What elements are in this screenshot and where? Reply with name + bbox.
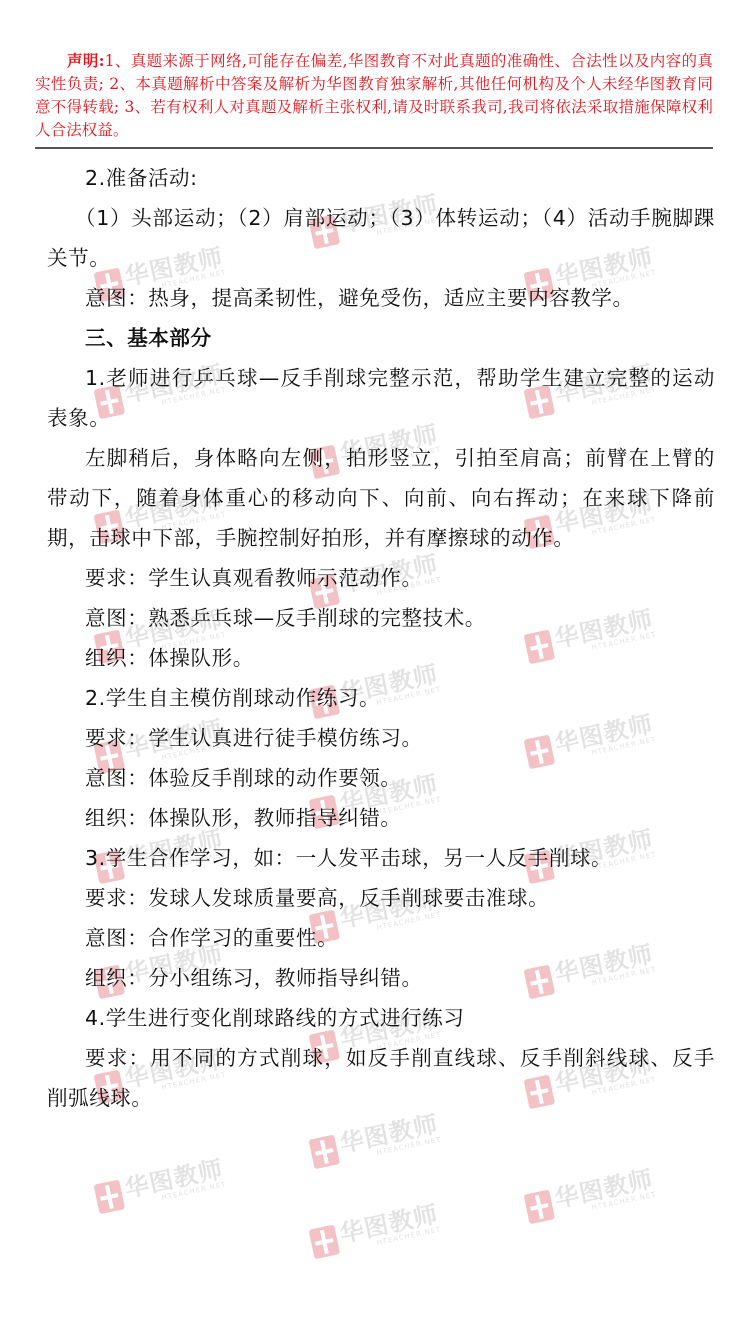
watermark-logo: 华图教师HTEACHER.NET: [522, 1155, 679, 1233]
paragraph-step-1-organization: 组织：体操队形。: [47, 638, 715, 678]
header-divider: [35, 147, 713, 149]
paragraph-warmup-list: （1）头部运动；（2）肩部运动；（3）体转运动；（4）活动手腕脚踝关节。: [47, 198, 715, 278]
paragraph-step-3: 3.学生合作学习，如：一人发平击球，另一人反手削球。: [47, 838, 715, 878]
paragraph-step-4: 4.学生进行变化削球路线的方式进行练习: [47, 998, 715, 1038]
disclaimer-label: 声明:: [67, 51, 105, 70]
paragraph-step-3-requirement: 要求：发球人发球质量要高，反手削球要击准球。: [47, 878, 715, 918]
paragraph-step-1-intent: 意图：熟悉乒乓球—反手削球的完整技术。: [47, 598, 715, 638]
disclaimer-text: 1、真题来源于网络,可能存在偏差,华图教育不对此真题的准确性、合法性以及内容的真…: [35, 52, 713, 139]
paragraph-step-2-requirement: 要求：学生认真进行徒手模仿练习。: [47, 718, 715, 758]
paragraph-step-2: 2.学生自主模仿削球动作练习。: [47, 678, 715, 718]
paragraph-step-2-intent: 意图：体验反手削球的动作要领。: [47, 758, 715, 798]
paragraph-step-4-requirement: 要求：用不同的方式削球，如反手削直线球、反手削斜线球、反手削弧线球。: [47, 1038, 715, 1118]
watermark-domain: HTEACHER.NET: [128, 1181, 227, 1209]
paragraph-step-3-intent: 意图：合作学习的重要性。: [47, 918, 715, 958]
disclaimer-notice: 声明:1、真题来源于网络,可能存在偏差,华图教育不对此真题的准确性、合法性以及内…: [35, 49, 713, 142]
paragraph-warmup-heading: 2.准备活动:: [47, 158, 715, 198]
huatu-logo-icon: [309, 1225, 341, 1260]
huatu-logo-icon: [524, 1190, 556, 1225]
watermark-domain: HTEACHER.NET: [343, 1226, 442, 1254]
watermark-text: 华图教师: [338, 1112, 441, 1156]
watermark-text: 华图教师: [123, 1157, 226, 1201]
section-heading-basic-part: 三、基本部分: [47, 318, 715, 358]
huatu-logo-icon: [309, 1135, 341, 1170]
paragraph-step-1: 1.老师进行乒乓球—反手削球完整示范，帮助学生建立完整的运动表象。: [47, 358, 715, 438]
watermark-domain: HTEACHER.NET: [558, 1191, 657, 1219]
watermark-text: 华图教师: [553, 1167, 656, 1211]
paragraph-technique-description: 左脚稍后，身体略向左侧，拍形竖立，引拍至肩高；前臂在上臂的带动下，随着身体重心的…: [47, 438, 715, 558]
watermark-text: 华图教师: [338, 1202, 441, 1246]
paragraph-step-3-organization: 组织：分小组练习，教师指导纠错。: [47, 958, 715, 998]
watermark-logo: 华图教师HTEACHER.NET: [92, 1145, 249, 1223]
document-body: 2.准备活动: （1）头部运动；（2）肩部运动；（3）体转运动；（4）活动手腕脚…: [47, 158, 715, 1118]
watermark-logo: 华图教师HTEACHER.NET: [307, 1190, 464, 1268]
huatu-logo-icon: [94, 1180, 126, 1215]
paragraph-step-1-requirement: 要求：学生认真观看教师示范动作。: [47, 558, 715, 598]
watermark-domain: HTEACHER.NET: [343, 1136, 442, 1164]
paragraph-warmup-intent: 意图：热身，提高柔韧性，避免受伤，适应主要内容教学。: [47, 278, 715, 318]
paragraph-step-2-organization: 组织：体操队形，教师指导纠错。: [47, 798, 715, 838]
